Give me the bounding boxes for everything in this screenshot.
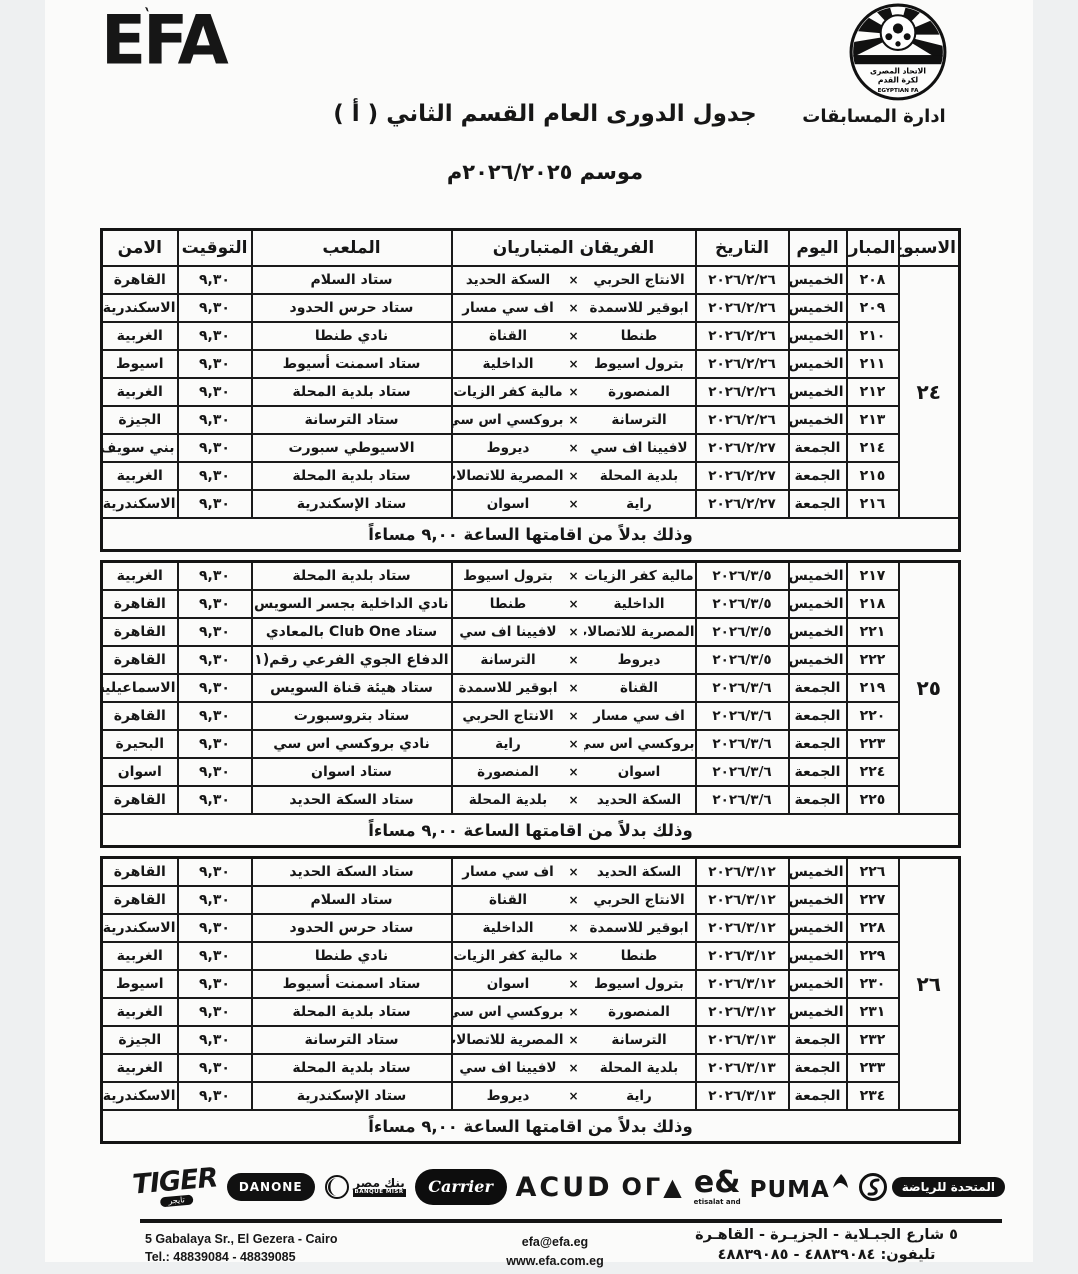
teams-line: المصرية للاتصالات×لافيينا اف سي bbox=[453, 624, 695, 640]
match-number: ٢٠٩ bbox=[847, 294, 899, 322]
match-row: ٢٣٣الجمعة٢٠٢٦/٣/١٣بلدية المحلة×لافيينا ا… bbox=[102, 1054, 960, 1082]
footer-phone-ar: تليفون: ٤٨٨٣٩٠٨٤ - ٤٨٨٣٩٠٨٥ bbox=[695, 1246, 958, 1266]
teams-line: اسوان×المنصورة bbox=[453, 764, 695, 780]
match-row: ٢٢٣الجمعة٢٠٢٦/٣/٦بروكسي اس سي×رايةنادي ب… bbox=[102, 730, 960, 758]
venue: ستاد السلام bbox=[252, 266, 452, 294]
team-left: ديروط bbox=[453, 1088, 564, 1104]
match-date: ٢٠٢٦/٣/٥ bbox=[696, 562, 789, 591]
match-date: ٢٠٢٦/٣/٦ bbox=[696, 730, 789, 758]
team-left: القناة bbox=[453, 892, 564, 908]
team-right: الداخلية bbox=[584, 596, 695, 612]
security-city: الغربية bbox=[102, 562, 178, 591]
security-city: القاهرة bbox=[102, 886, 178, 914]
team-right: الانتاج الحربي bbox=[584, 272, 695, 288]
teams-line: راية×ديروط bbox=[453, 1088, 695, 1104]
match-day: الجمعة bbox=[789, 730, 847, 758]
kickoff-time: ٩,٣٠ bbox=[178, 674, 252, 702]
versus-mark: × bbox=[564, 765, 584, 779]
kickoff-time: ٩,٣٠ bbox=[178, 886, 252, 914]
team-left: بروكسي اس سي bbox=[453, 412, 564, 428]
match-date: ٢٠٢٦/٣/٦ bbox=[696, 786, 789, 814]
team-left: مالية كفر الزيات bbox=[453, 384, 564, 400]
versus-mark: × bbox=[564, 1061, 584, 1075]
versus-mark: × bbox=[564, 301, 584, 315]
col-header-venue: الملعب bbox=[252, 230, 452, 267]
versus-mark: × bbox=[564, 1033, 584, 1047]
match-number: ٢٢١ bbox=[847, 618, 899, 646]
venue: ستاد الترسانة bbox=[252, 1026, 452, 1054]
versus-mark: × bbox=[564, 329, 584, 343]
match-number: ٢٢٥ bbox=[847, 786, 899, 814]
note-text: وذلك بدلاً من اقامتها الساعة ٩,٠٠ مساءاً bbox=[102, 814, 960, 847]
teams-cell: راية×اسوان bbox=[452, 490, 696, 518]
team-right: بروكسي اس سي bbox=[584, 736, 695, 752]
security-city: اسوان bbox=[102, 758, 178, 786]
banque-misr-logo: بنك مصر BANQUE MISR bbox=[324, 1174, 406, 1200]
match-day: الجمعة bbox=[789, 1082, 847, 1110]
team-right: بترول اسيوط bbox=[584, 356, 695, 372]
team-left: اسوان bbox=[453, 976, 564, 992]
versus-mark: × bbox=[564, 413, 584, 427]
footer-phone-en: Tel.: 48839084 - 48839085 bbox=[145, 1248, 337, 1266]
match-day: الجمعة bbox=[789, 1054, 847, 1082]
security-city: الغربية bbox=[102, 998, 178, 1026]
kickoff-time: ٩,٣٠ bbox=[178, 294, 252, 322]
match-row: ٢١٤الجمعة٢٠٢٦/٢/٢٧لافيينا اف سي×ديروطالا… bbox=[102, 434, 960, 462]
schedule-tables: الاسبوع المباراة اليوم التاريخ الفريقان … bbox=[100, 228, 958, 1152]
team-left: طنطا bbox=[453, 596, 564, 612]
match-day: الخميس bbox=[789, 998, 847, 1026]
federation-crest-logo: الاتحاد المصرى لكرة القدم EGYPTIAN FA bbox=[845, 2, 951, 104]
season-subtitle: موسم ٢٠٢٦/٢٠٢٥م bbox=[345, 160, 745, 184]
match-row: ٢٠٩الخميس٢٠٢٦/٢/٢٦ابوقير للاسمدة×اف سي م… bbox=[102, 294, 960, 322]
col-header-time: التوقيت bbox=[178, 230, 252, 267]
team-left: الداخلية bbox=[453, 920, 564, 936]
kickoff-time: ٩,٣٠ bbox=[178, 618, 252, 646]
team-left: اف سي مسار bbox=[453, 864, 564, 880]
team-right: ديروط bbox=[584, 652, 695, 668]
match-day: الخميس bbox=[789, 406, 847, 434]
match-number: ٢٢٨ bbox=[847, 914, 899, 942]
match-number: ٢٢٠ bbox=[847, 702, 899, 730]
page-title: جدول الدورى العام القسم الثاني ( أ ) bbox=[275, 101, 815, 127]
team-right: الانتاج الحربي bbox=[584, 892, 695, 908]
note-row: وذلك بدلاً من اقامتها الساعة ٩,٠٠ مساءاً bbox=[102, 814, 960, 847]
footer-divider bbox=[140, 1219, 1002, 1223]
match-row: ٢٣٤الجمعة٢٠٢٦/٣/١٣راية×ديروطستاد الإسكند… bbox=[102, 1082, 960, 1110]
security-city: الغربية bbox=[102, 462, 178, 490]
match-day: الجمعة bbox=[789, 674, 847, 702]
kickoff-time: ٩,٣٠ bbox=[178, 322, 252, 350]
match-row: ٢٢٩الخميس٢٠٢٦/٣/١٢طنطا×مالية كفر الزياتن… bbox=[102, 942, 960, 970]
kickoff-time: ٩,٣٠ bbox=[178, 730, 252, 758]
match-row: ٢٢٢الخميس٢٠٢٦/٣/٥ديروط×الترسانةالدفاع ال… bbox=[102, 646, 960, 674]
versus-mark: × bbox=[564, 385, 584, 399]
teams-line: الانتاج الحربي×القناة bbox=[453, 892, 695, 908]
teams-cell: لافيينا اف سي×ديروط bbox=[452, 434, 696, 462]
match-number: ٢٢٤ bbox=[847, 758, 899, 786]
match-number: ٢٣٣ bbox=[847, 1054, 899, 1082]
match-number: ٢٣٤ bbox=[847, 1082, 899, 1110]
match-row: ٢١٨الخميس٢٠٢٦/٣/٥الداخلية×طنطانادي الداخ… bbox=[102, 590, 960, 618]
col-header-match: المباراة bbox=[847, 230, 899, 267]
match-number: ٢١٤ bbox=[847, 434, 899, 462]
security-city: الغربية bbox=[102, 322, 178, 350]
match-date: ٢٠٢٦/٢/٢٦ bbox=[696, 350, 789, 378]
kickoff-time: ٩,٣٠ bbox=[178, 1082, 252, 1110]
teams-line: ابوقير للاسمدة×اف سي مسار bbox=[453, 300, 695, 316]
versus-mark: × bbox=[564, 737, 584, 751]
team-right: راية bbox=[584, 496, 695, 512]
match-date: ٢٠٢٦/٣/٥ bbox=[696, 618, 789, 646]
venue: ستاد بلدية المحلة bbox=[252, 562, 452, 591]
match-day: الخميس bbox=[789, 294, 847, 322]
team-right: ابوقير للاسمدة bbox=[584, 300, 695, 316]
teams-cell: بترول اسيوط×اسوان bbox=[452, 970, 696, 998]
kickoff-time: ٩,٣٠ bbox=[178, 970, 252, 998]
match-date: ٢٠٢٦/٣/٦ bbox=[696, 702, 789, 730]
match-number: ٢١٥ bbox=[847, 462, 899, 490]
match-date: ٢٠٢٦/٢/٢٦ bbox=[696, 266, 789, 294]
team-left: السكة الحديد bbox=[453, 272, 564, 288]
teams-cell: ابوقير للاسمدة×الداخلية bbox=[452, 914, 696, 942]
teams-line: طنطا×القناة bbox=[453, 328, 695, 344]
carrier-wordmark: Carrier bbox=[415, 1169, 507, 1205]
week-number: ٢٤ bbox=[899, 266, 960, 518]
security-city: القاهرة bbox=[102, 646, 178, 674]
teams-line: بلدية المحلة×المصرية للاتصالات bbox=[453, 468, 695, 484]
kickoff-time: ٩,٣٠ bbox=[178, 490, 252, 518]
teams-line: بلدية المحلة×لافيينا اف سي bbox=[453, 1060, 695, 1076]
teams-line: المنصورة×بروكسي اس سي bbox=[453, 1004, 695, 1020]
team-right: بترول اسيوط bbox=[584, 976, 695, 992]
efa-logo: EFA bbox=[101, 7, 226, 74]
footer-address-ar: ٥ شارع الجبـلاية - الجزيـرة - القاهـرة ت… bbox=[695, 1226, 958, 1265]
col-header-week: الاسبوع bbox=[899, 230, 960, 267]
match-row: ٢٢٧الخميس٢٠٢٦/٣/١٢الانتاج الحربي×القناةس… bbox=[102, 886, 960, 914]
teams-cell: بروكسي اس سي×راية bbox=[452, 730, 696, 758]
teams-cell: المنصورة×مالية كفر الزيات bbox=[452, 378, 696, 406]
match-number: ٢٠٨ bbox=[847, 266, 899, 294]
crest-text-ar1: الاتحاد المصرى bbox=[870, 66, 926, 75]
col-header-day: اليوم bbox=[789, 230, 847, 267]
venue: ستاد بلدية المحلة bbox=[252, 998, 452, 1026]
match-date: ٢٠٢٦/٣/١٢ bbox=[696, 998, 789, 1026]
kickoff-time: ٩,٣٠ bbox=[178, 786, 252, 814]
team-right: طنطا bbox=[584, 328, 695, 344]
versus-mark: × bbox=[564, 681, 584, 695]
team-right: اف سي مسار bbox=[584, 708, 695, 724]
match-number: ٢١١ bbox=[847, 350, 899, 378]
banque-misr-emblem bbox=[324, 1174, 350, 1200]
venue: نادي طنطا bbox=[252, 322, 452, 350]
tiger-logo: TIGER تايجر bbox=[132, 1164, 220, 1209]
puma-logo: PUMA bbox=[750, 1173, 849, 1202]
security-city: الاسماعيلية bbox=[102, 674, 178, 702]
security-city: القاهرة bbox=[102, 618, 178, 646]
team-left: المنصورة bbox=[453, 764, 564, 780]
ora-logo: OΓ▲ bbox=[622, 1175, 685, 1199]
match-row: ٢٦٢٢٦الخميس٢٠٢٦/٣/١٢السكة الحديد×اف سي م… bbox=[102, 858, 960, 887]
security-city: القاهرة bbox=[102, 266, 178, 294]
teams-cell: الترسانة×المصرية للاتصالات bbox=[452, 1026, 696, 1054]
team-right: الترسانة bbox=[584, 1032, 695, 1048]
venue: ستاد حرس الحدود bbox=[252, 294, 452, 322]
match-number: ٢٢٧ bbox=[847, 886, 899, 914]
match-number: ٢١٩ bbox=[847, 674, 899, 702]
kickoff-time: ٩,٣٠ bbox=[178, 434, 252, 462]
match-day: الجمعة bbox=[789, 702, 847, 730]
match-date: ٢٠٢٦/٣/١٢ bbox=[696, 970, 789, 998]
teams-line: القناة×ابوقير للاسمدة bbox=[453, 680, 695, 696]
venue: ستاد بلدية المحلة bbox=[252, 462, 452, 490]
security-city: اسيوط bbox=[102, 350, 178, 378]
team-left: بلدية المحلة bbox=[453, 792, 564, 808]
teams-cell: الانتاج الحربي×السكة الحديد bbox=[452, 266, 696, 294]
week-number: ٢٥ bbox=[899, 562, 960, 815]
etisalat-tagline: etisalat and bbox=[694, 1199, 741, 1206]
team-right: السكة الحديد bbox=[584, 864, 695, 880]
footer-street-en: 5 Gabalaya Sr., El Gezera - Cairo bbox=[145, 1230, 337, 1248]
match-date: ٢٠٢٦/٣/١٢ bbox=[696, 886, 789, 914]
week-26-table: ٢٦٢٢٦الخميس٢٠٢٦/٣/١٢السكة الحديد×اف سي م… bbox=[100, 856, 961, 1144]
venue: ستاد هيئة قناة السويس bbox=[252, 674, 452, 702]
team-right: طنطا bbox=[584, 948, 695, 964]
team-right: اسوان bbox=[584, 764, 695, 780]
team-left: ديروط bbox=[453, 440, 564, 456]
teams-cell: ديروط×الترسانة bbox=[452, 646, 696, 674]
match-row: ٢١٩الجمعة٢٠٢٦/٣/٦القناة×ابوقير للاسمدةست… bbox=[102, 674, 960, 702]
security-city: القاهرة bbox=[102, 590, 178, 618]
match-day: الجمعة bbox=[789, 758, 847, 786]
match-row: ٢١٥الجمعة٢٠٢٦/٢/٢٧بلدية المحلة×المصرية ل… bbox=[102, 462, 960, 490]
match-date: ٢٠٢٦/٢/٢٧ bbox=[696, 490, 789, 518]
match-date: ٢٠٢٦/٢/٢٦ bbox=[696, 378, 789, 406]
match-day: الجمعة bbox=[789, 786, 847, 814]
venue: نادي بروكسي اس سي bbox=[252, 730, 452, 758]
teams-line: لافيينا اف سي×ديروط bbox=[453, 440, 695, 456]
match-date: ٢٠٢٦/٣/٦ bbox=[696, 758, 789, 786]
teams-line: الانتاج الحربي×السكة الحديد bbox=[453, 272, 695, 288]
teams-cell: اسوان×المنصورة bbox=[452, 758, 696, 786]
match-row: ٢٢٤الجمعة٢٠٢٦/٣/٦اسوان×المنصورةستاد اسوا… bbox=[102, 758, 960, 786]
versus-mark: × bbox=[564, 357, 584, 371]
match-row: ٢٤٢٠٨الخميس٢٠٢٦/٢/٢٦الانتاج الحربي×السكة… bbox=[102, 266, 960, 294]
teams-line: الترسانة×بروكسي اس سي bbox=[453, 412, 695, 428]
match-date: ٢٠٢٦/٣/٦ bbox=[696, 674, 789, 702]
venue: ستاد حرس الحدود bbox=[252, 914, 452, 942]
teams-line: بترول اسيوط×الداخلية bbox=[453, 356, 695, 372]
match-day: الخميس bbox=[789, 858, 847, 887]
security-city: بني سويف bbox=[102, 434, 178, 462]
team-right: مالية كفر الزيات bbox=[584, 568, 695, 584]
teams-cell: السكة الحديد×اف سي مسار bbox=[452, 858, 696, 887]
team-left: بروكسي اس سي bbox=[453, 1004, 564, 1020]
teams-line: بترول اسيوط×اسوان bbox=[453, 976, 695, 992]
security-city: الغربية bbox=[102, 1054, 178, 1082]
team-left: الترسانة bbox=[453, 652, 564, 668]
team-right: لافيينا اف سي bbox=[584, 440, 695, 456]
venue: ستاد السكة الحديد bbox=[252, 858, 452, 887]
match-day: الخميس bbox=[789, 378, 847, 406]
kickoff-time: ٩,٣٠ bbox=[178, 562, 252, 591]
venue: ستاد الإسكندرية bbox=[252, 490, 452, 518]
versus-mark: × bbox=[564, 793, 584, 807]
match-date: ٢٠٢٦/٢/٢٧ bbox=[696, 462, 789, 490]
kickoff-time: ٩,٣٠ bbox=[178, 914, 252, 942]
teams-line: طنطا×مالية كفر الزيات bbox=[453, 948, 695, 964]
united-sports-wordmark: المتحدة للرياضة bbox=[892, 1177, 1005, 1197]
kickoff-time: ٩,٣٠ bbox=[178, 1054, 252, 1082]
kickoff-time: ٩,٣٠ bbox=[178, 702, 252, 730]
versus-mark: × bbox=[564, 865, 584, 879]
team-left: لافيينا اف سي bbox=[453, 624, 564, 640]
match-day: الخميس bbox=[789, 590, 847, 618]
kickoff-time: ٩,٣٠ bbox=[178, 406, 252, 434]
note-text: وذلك بدلاً من اقامتها الساعة ٩,٠٠ مساءاً bbox=[102, 518, 960, 551]
banque-misr-latin: BANQUE MISR bbox=[353, 1189, 406, 1197]
match-day: الخميس bbox=[789, 322, 847, 350]
team-left: القناة bbox=[453, 328, 564, 344]
match-number: ٢٢٦ bbox=[847, 858, 899, 887]
match-day: الجمعة bbox=[789, 1026, 847, 1054]
security-city: الغربية bbox=[102, 942, 178, 970]
venue: نادي طنطا bbox=[252, 942, 452, 970]
security-city: الاسكندرية bbox=[102, 914, 178, 942]
etisalat-wordmark: e& bbox=[694, 1168, 741, 1198]
venue: ستاد Club One بالمعادي bbox=[252, 618, 452, 646]
document-page: EFA ` الاتحاد المصرى لكرة القدم EGYPTIAN… bbox=[45, 0, 1033, 1262]
teams-cell: المصرية للاتصالات×لافيينا اف سي bbox=[452, 618, 696, 646]
week-25-table: ٢٥٢١٧الخميس٢٠٢٦/٣/٥مالية كفر الزيات×بترو… bbox=[100, 560, 961, 848]
match-day: الخميس bbox=[789, 562, 847, 591]
note-text: وذلك بدلاً من اقامتها الساعة ٩,٠٠ مساءاً bbox=[102, 1110, 960, 1143]
department-title: ادارة المسابقات bbox=[793, 106, 955, 127]
carrier-logo: Carrier bbox=[415, 1169, 507, 1205]
venue: الاسيوطي سبورت bbox=[252, 434, 452, 462]
note-row: وذلك بدلاً من اقامتها الساعة ٩,٠٠ مساءاً bbox=[102, 518, 960, 551]
acud-logo: ACUD bbox=[516, 1174, 613, 1201]
venue: ستاد الإسكندرية bbox=[252, 1082, 452, 1110]
security-city: البحيرة bbox=[102, 730, 178, 758]
match-row: ٢٢٠الجمعة٢٠٢٦/٣/٦اف سي مسار×الانتاج الحر… bbox=[102, 702, 960, 730]
match-date: ٢٠٢٦/٣/١٢ bbox=[696, 858, 789, 887]
match-day: الخميس bbox=[789, 646, 847, 674]
footer-street-ar: ٥ شارع الجبـلاية - الجزيـرة - القاهـرة bbox=[695, 1226, 958, 1246]
venue: ستاد بلدية المحلة bbox=[252, 1054, 452, 1082]
venue: ستاد بتروسبورت bbox=[252, 702, 452, 730]
teams-cell: ابوقير للاسمدة×اف سي مسار bbox=[452, 294, 696, 322]
match-row: ٢٢٥الجمعة٢٠٢٦/٣/٦السكة الحديد×بلدية المح… bbox=[102, 786, 960, 814]
match-day: الجمعة bbox=[789, 434, 847, 462]
versus-mark: × bbox=[564, 921, 584, 935]
match-row: ٢٢١الخميس٢٠٢٦/٣/٥المصرية للاتصالات×لافيي… bbox=[102, 618, 960, 646]
kickoff-time: ٩,٣٠ bbox=[178, 1026, 252, 1054]
match-row: ٢٣٢الجمعة٢٠٢٦/٣/١٣الترسانة×المصرية للاتص… bbox=[102, 1026, 960, 1054]
versus-mark: × bbox=[564, 1089, 584, 1103]
col-header-security: الامن bbox=[102, 230, 178, 267]
kickoff-time: ٩,٣٠ bbox=[178, 998, 252, 1026]
versus-mark: × bbox=[564, 569, 584, 583]
match-number: ٢٢٢ bbox=[847, 646, 899, 674]
venue: ستاد بلدية المحلة bbox=[252, 378, 452, 406]
security-city: الاسكندرية bbox=[102, 490, 178, 518]
match-number: ٢٣١ bbox=[847, 998, 899, 1026]
team-left: الانتاج الحربي bbox=[453, 708, 564, 724]
match-row: ٢١٦الجمعة٢٠٢٦/٢/٢٧راية×اسوانستاد الإسكند… bbox=[102, 490, 960, 518]
col-header-teams: الفريقان المتباريان bbox=[452, 230, 696, 267]
teams-cell: الترسانة×بروكسي اس سي bbox=[452, 406, 696, 434]
team-left: لافيينا اف سي bbox=[453, 1060, 564, 1076]
teams-line: المنصورة×مالية كفر الزيات bbox=[453, 384, 695, 400]
versus-mark: × bbox=[564, 709, 584, 723]
crest-text-en: EGYPTIAN FA bbox=[878, 88, 919, 94]
match-row: ٢٢٨الخميس٢٠٢٦/٣/١٢ابوقير للاسمدة×الداخلي… bbox=[102, 914, 960, 942]
match-number: ٢١٠ bbox=[847, 322, 899, 350]
teams-cell: السكة الحديد×بلدية المحلة bbox=[452, 786, 696, 814]
security-city: اسيوط bbox=[102, 970, 178, 998]
team-left: اف سي مسار bbox=[453, 300, 564, 316]
versus-mark: × bbox=[564, 441, 584, 455]
match-date: ٢٠٢٦/٢/٢٦ bbox=[696, 294, 789, 322]
match-row: ٢٥٢١٧الخميس٢٠٢٦/٣/٥مالية كفر الزيات×بترو… bbox=[102, 562, 960, 591]
venue: الدفاع الجوي الفرعي رقم(١) bbox=[252, 646, 452, 674]
match-day: الخميس bbox=[789, 970, 847, 998]
footer-contact: efa@efa.eg www.efa.com.eg bbox=[425, 1233, 685, 1271]
match-number: ٢١٧ bbox=[847, 562, 899, 591]
crest-text-ar2: لكرة القدم bbox=[878, 76, 918, 85]
versus-mark: × bbox=[564, 653, 584, 667]
match-day: الخميس bbox=[789, 914, 847, 942]
match-number: ٢١٢ bbox=[847, 378, 899, 406]
col-header-date: التاريخ bbox=[696, 230, 789, 267]
kickoff-time: ٩,٣٠ bbox=[178, 858, 252, 887]
match-number: ٢١٨ bbox=[847, 590, 899, 618]
match-day: الخميس bbox=[789, 350, 847, 378]
kickoff-time: ٩,٣٠ bbox=[178, 378, 252, 406]
match-row: ٢١٢الخميس٢٠٢٦/٢/٢٦المنصورة×مالية كفر الز… bbox=[102, 378, 960, 406]
teams-line: ديروط×الترسانة bbox=[453, 652, 695, 668]
venue: ستاد اسمنت أسيوط bbox=[252, 970, 452, 998]
match-date: ٢٠٢٦/٣/١٣ bbox=[696, 1054, 789, 1082]
security-city: القاهرة bbox=[102, 702, 178, 730]
match-number: ٢١٦ bbox=[847, 490, 899, 518]
teams-cell: بلدية المحلة×المصرية للاتصالات bbox=[452, 462, 696, 490]
footer-email: efa@efa.eg bbox=[425, 1233, 685, 1252]
security-city: الاسكندرية bbox=[102, 1082, 178, 1110]
venue: ستاد السلام bbox=[252, 886, 452, 914]
sponsor-strip: TIGER تايجر DANONE بنك مصر BANQUE MISR C… bbox=[133, 1158, 1005, 1216]
match-day: الجمعة bbox=[789, 490, 847, 518]
match-date: ٢٠٢٦/٢/٢٦ bbox=[696, 322, 789, 350]
security-city: القاهرة bbox=[102, 786, 178, 814]
teams-cell: طنطا×مالية كفر الزيات bbox=[452, 942, 696, 970]
teams-line: بروكسي اس سي×راية bbox=[453, 736, 695, 752]
team-right: بلدية المحلة bbox=[584, 468, 695, 484]
teams-line: راية×اسوان bbox=[453, 496, 695, 512]
venue: ستاد السكة الحديد bbox=[252, 786, 452, 814]
united-sports-emblem bbox=[858, 1172, 888, 1202]
match-date: ٢٠٢٦/٣/٥ bbox=[696, 646, 789, 674]
team-left: اسوان bbox=[453, 496, 564, 512]
teams-line: الترسانة×المصرية للاتصالات bbox=[453, 1032, 695, 1048]
team-right: المصرية للاتصالات bbox=[584, 624, 695, 640]
versus-mark: × bbox=[564, 625, 584, 639]
footer-address-en: 5 Gabalaya Sr., El Gezera - Cairo Tel.: … bbox=[145, 1230, 337, 1266]
match-date: ٢٠٢٦/٣/١٣ bbox=[696, 1026, 789, 1054]
match-row: ٢٣١الخميس٢٠٢٦/٣/١٢المنصورة×بروكسي اس سيس… bbox=[102, 998, 960, 1026]
week-number: ٢٦ bbox=[899, 858, 960, 1111]
